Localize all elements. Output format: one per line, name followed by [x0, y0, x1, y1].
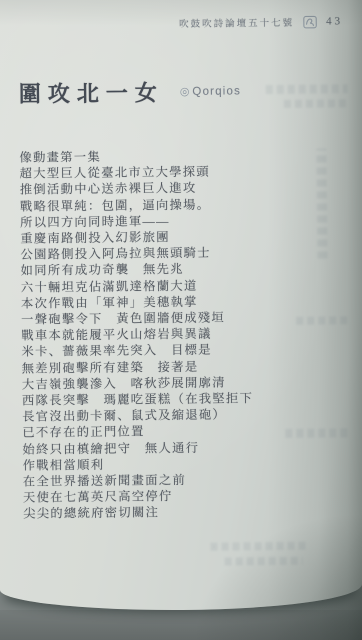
bleedthrough-smudge [316, 148, 327, 258]
bleedthrough-smudge [285, 428, 351, 438]
bleedthrough-smudge [284, 99, 348, 108]
bleedthrough-smudge [266, 84, 348, 94]
bleedthrough-smudge [210, 542, 306, 551]
poem-title-row: 圍攻北一女 ◎ Qorqios [19, 75, 242, 108]
poem-author: ◎ Qorqios [180, 84, 241, 98]
poem-title: 圍攻北一女 [19, 76, 164, 109]
bleedthrough-smudge [225, 557, 303, 566]
page-bottom-edge-shadow [0, 610, 362, 640]
journal-seal-icon [303, 15, 317, 28]
poem-body: 像動畫第一集超大型巨人從臺北市立大學探頭推倒活動中心送赤裸巨人進攻戰略很單純：包… [19, 146, 334, 522]
page-content: 吹鼓吹詩論壇五十七號 43 圍攻北一女 ◎ Qorqios 像動畫第一集超大型巨… [0, 0, 362, 612]
bleedthrough-smudge [296, 316, 348, 325]
page-number: 43 [326, 15, 343, 27]
author-name: Qorqios [192, 85, 241, 98]
page-paper: 吹鼓吹詩論壇五十七號 43 圍攻北一女 ◎ Qorqios 像動畫第一集超大型巨… [0, 0, 362, 610]
author-mark-icon: ◎ [180, 85, 190, 98]
journal-title: 吹鼓吹詩論壇五十七號 [179, 15, 294, 30]
poem-line: 尖尖的總統府密切關注 [23, 503, 334, 522]
book-page-photo: 吹鼓吹詩論壇五十七號 43 圍攻北一女 ◎ Qorqios 像動畫第一集超大型巨… [0, 0, 362, 640]
page-header: 吹鼓吹詩論壇五十七號 43 [179, 14, 343, 30]
